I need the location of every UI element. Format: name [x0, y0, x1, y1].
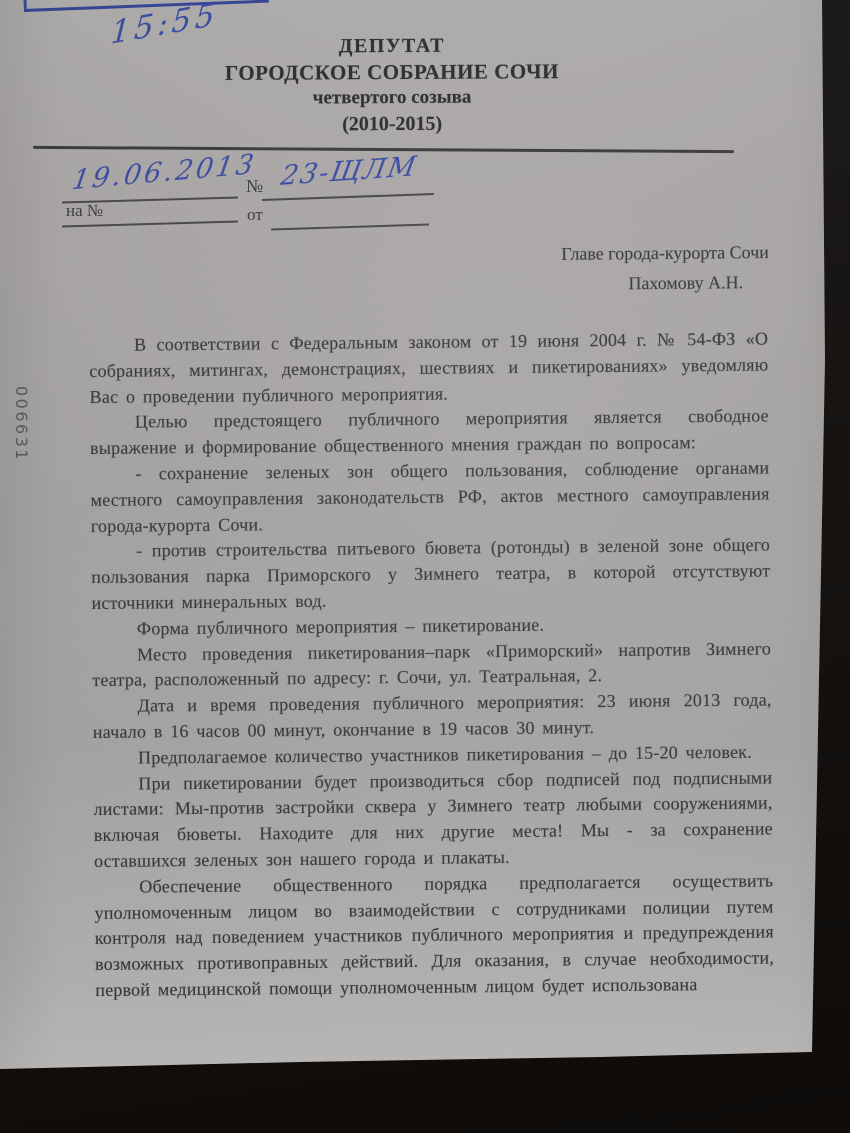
ref-reply-label: на №: [66, 201, 103, 221]
letter-body: В соответствии с Федеральным законом от …: [89, 326, 774, 1003]
letterhead: ДЕПУТАТ ГОРОДСКОЕ СОБРАНИЕ СОЧИ четверто…: [30, 31, 755, 139]
ref-number-handwritten: 23-ЩЛМ: [278, 151, 420, 192]
body-paragraph: - против строительства питьевого бювета …: [91, 533, 771, 617]
letterhead-line-2: ГОРОДСКОЕ СОБРАНИЕ СОЧИ: [30, 57, 754, 87]
ref-from-line: [271, 224, 429, 231]
addressee-name: Пахомову А.Н.: [545, 267, 769, 299]
ref-reply-line: [62, 221, 238, 228]
body-paragraph: - сохранение зеленых зон общего пользова…: [90, 455, 770, 539]
body-paragraph: В соответствии с Федеральным законом от …: [89, 326, 769, 410]
document-paper: 15:55 ДЕПУТАТ ГОРОДСКОЕ СОБРАНИЕ СОЧИ че…: [0, 0, 850, 1133]
body-paragraph: Дата и время проведения публичного мероп…: [92, 688, 771, 746]
ref-from-label: от: [247, 205, 263, 225]
ref-number-label: №: [246, 176, 263, 197]
addressee-block: Главе города-курорта Сочи Пахомову А.Н.: [545, 237, 770, 299]
letterhead-divider-rule: [33, 146, 734, 153]
letterhead-line-4: (2010-2015): [30, 109, 754, 139]
addressee-title: Главе города-курорта Сочи: [545, 237, 769, 269]
body-paragraph: Целью предстоящего публичного мероприяти…: [90, 404, 769, 462]
photo-background: 15:55 ДЕПУТАТ ГОРОДСКОЕ СОБРАНИЕ СОЧИ че…: [0, 0, 850, 1133]
letterhead-line-3: четвертого созыва: [30, 83, 754, 113]
body-paragraph: Обеспечение общественного порядка предпо…: [94, 868, 774, 1003]
body-paragraph: При пикетировании будет производиться сб…: [93, 765, 773, 875]
ref-number-line: [262, 193, 434, 201]
letterhead-line-1: ДЕПУТАТ: [30, 31, 754, 61]
body-paragraph: Место проведения пикетирования–парк «При…: [92, 636, 771, 694]
sheet-number-stamp: 006631: [12, 386, 31, 462]
ref-date-handwritten: 19.06.2013: [70, 149, 259, 197]
